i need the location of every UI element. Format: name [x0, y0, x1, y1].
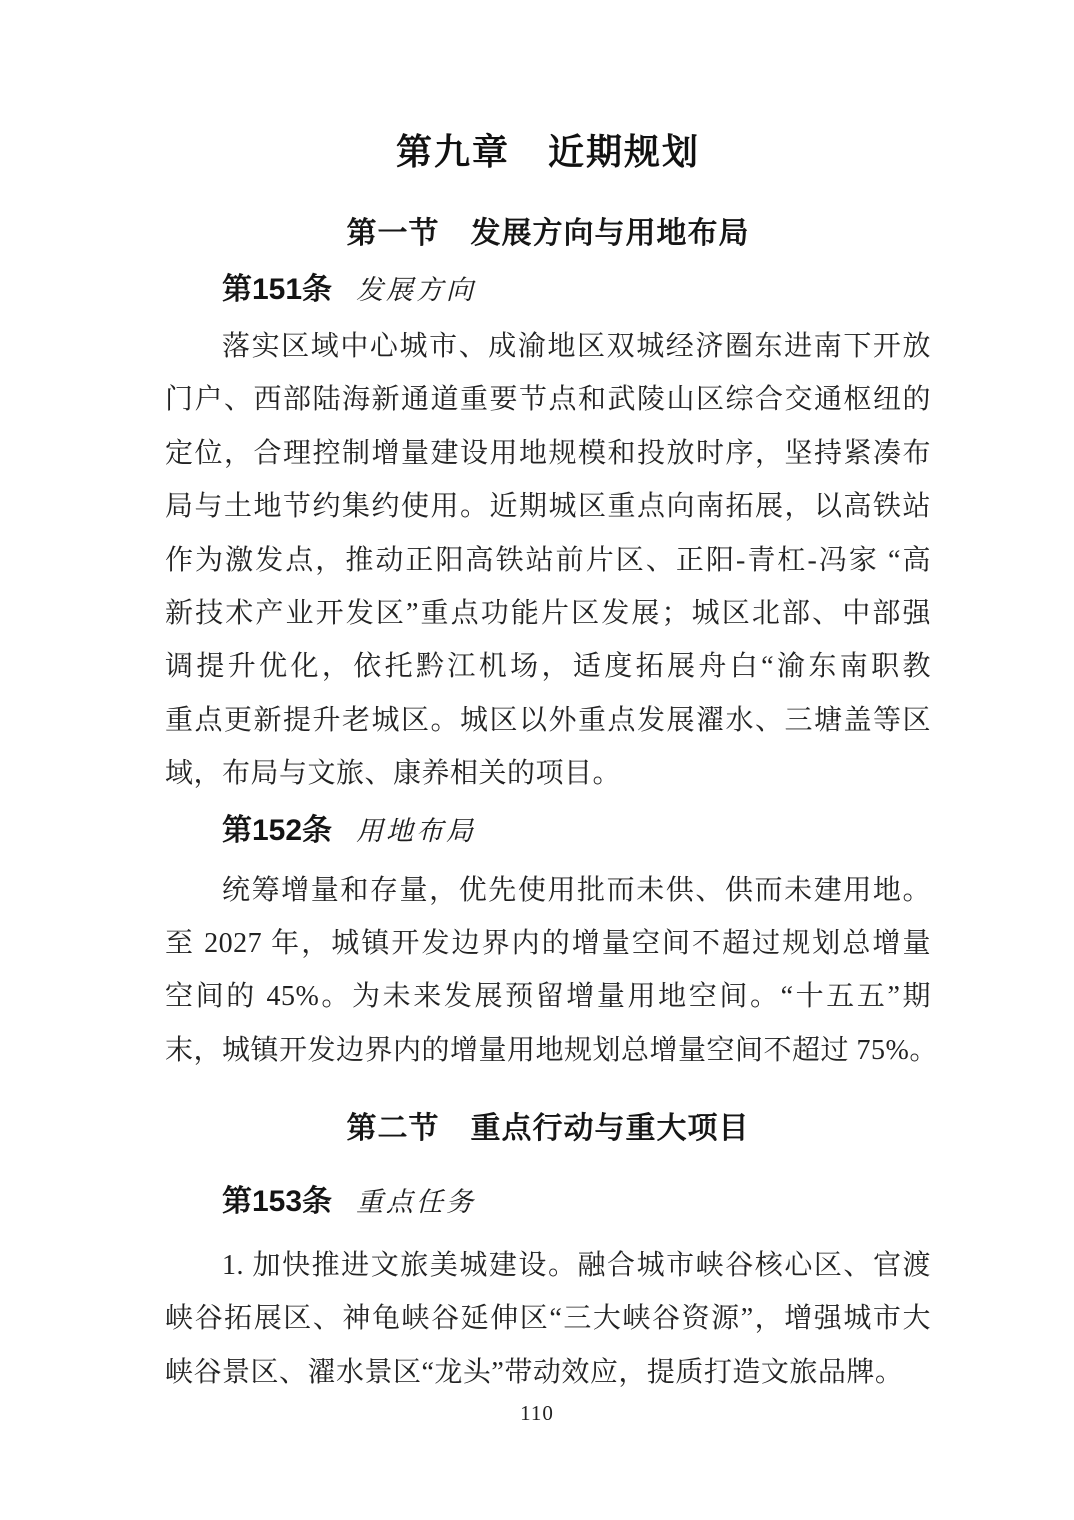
article-heading-151: 第151条 发展方向 — [165, 272, 931, 308]
text-line: 作为激发点，推动正阳高铁站前片区、正阳-青杠-冯家 “高 — [165, 534, 931, 587]
article-heading-153: 第153条 重点任务 — [165, 1184, 931, 1220]
section-heading-2: 第二节 重点行动与重大项目 — [165, 1113, 931, 1145]
text-line: 门户、西部陆海新通道重要节点和武陵山区综合交通枢纽的 — [165, 373, 931, 426]
page-number: 110 — [0, 1400, 1074, 1426]
text-line: 统筹增量和存量，优先使用批而未供、供而未建用地。 — [165, 864, 931, 917]
article-title: 发展方向 — [356, 272, 476, 308]
paragraph: 统筹增量和存量，优先使用批而未供、供而未建用地。 至 2027 年，城镇开发边界… — [165, 864, 931, 1078]
chapter-title: 第九章 近期规划 — [165, 130, 931, 174]
text-line: 末，城镇开发边界内的增量用地规划总增量空间不超过 75%。 — [165, 1024, 931, 1077]
text-line: 局与土地节约集约使用。近期城区重点向南拓展，以高铁站 — [165, 480, 931, 533]
text-line: 域，布局与文旅、康养相关的项目。 — [165, 747, 931, 800]
text-line: 调提升优化，依托黔江机场，适度拓展舟白“渝东南职教城”， — [165, 640, 931, 693]
text-line: 峡谷拓展区、神龟峡谷延伸区“三大峡谷资源”，增强城市大 — [165, 1292, 931, 1345]
text-line: 落实区域中心城市、成渝地区双城经济圈东进南下开放 — [165, 320, 931, 373]
text-line: 空间的 45%。为未来发展预留增量用地空间。“十五五”期 — [165, 970, 931, 1023]
article-title: 用地布局 — [356, 813, 476, 849]
document-page: 第九章 近期规划 第一节 发展方向与用地布局 第151条 发展方向 落实区域中心… — [0, 0, 1074, 1520]
paragraph: 落实区域中心城市、成渝地区双城经济圈东进南下开放 门户、西部陆海新通道重要节点和… — [165, 320, 931, 801]
article-number: 第151条 — [222, 272, 332, 308]
text-line: 峡谷景区、濯水景区“龙头”带动效应，提质打造文旅品牌。 — [165, 1346, 931, 1399]
article-number: 第152条 — [222, 813, 332, 849]
text-line: 定位，合理控制增量建设用地规模和投放时序，坚持紧凑布 — [165, 427, 931, 480]
article-number: 第153条 — [222, 1184, 332, 1220]
text-line: 至 2027 年，城镇开发边界内的增量空间不超过规划总增量 — [165, 917, 931, 970]
text-line: 1. 加快推进文旅美城建设。融合城市峡谷核心区、官渡 — [165, 1239, 931, 1292]
text-line: 重点更新提升老城区。城区以外重点发展濯水、三塘盖等区 — [165, 694, 931, 747]
paragraph: 1. 加快推进文旅美城建设。融合城市峡谷核心区、官渡 峡谷拓展区、神龟峡谷延伸区… — [165, 1239, 931, 1399]
text-line: 新技术产业开发区”重点功能片区发展；城区北部、中部强 — [165, 587, 931, 640]
article-title: 重点任务 — [356, 1184, 476, 1220]
section-heading-1: 第一节 发展方向与用地布局 — [165, 218, 931, 250]
article-heading-152: 第152条 用地布局 — [165, 813, 931, 849]
